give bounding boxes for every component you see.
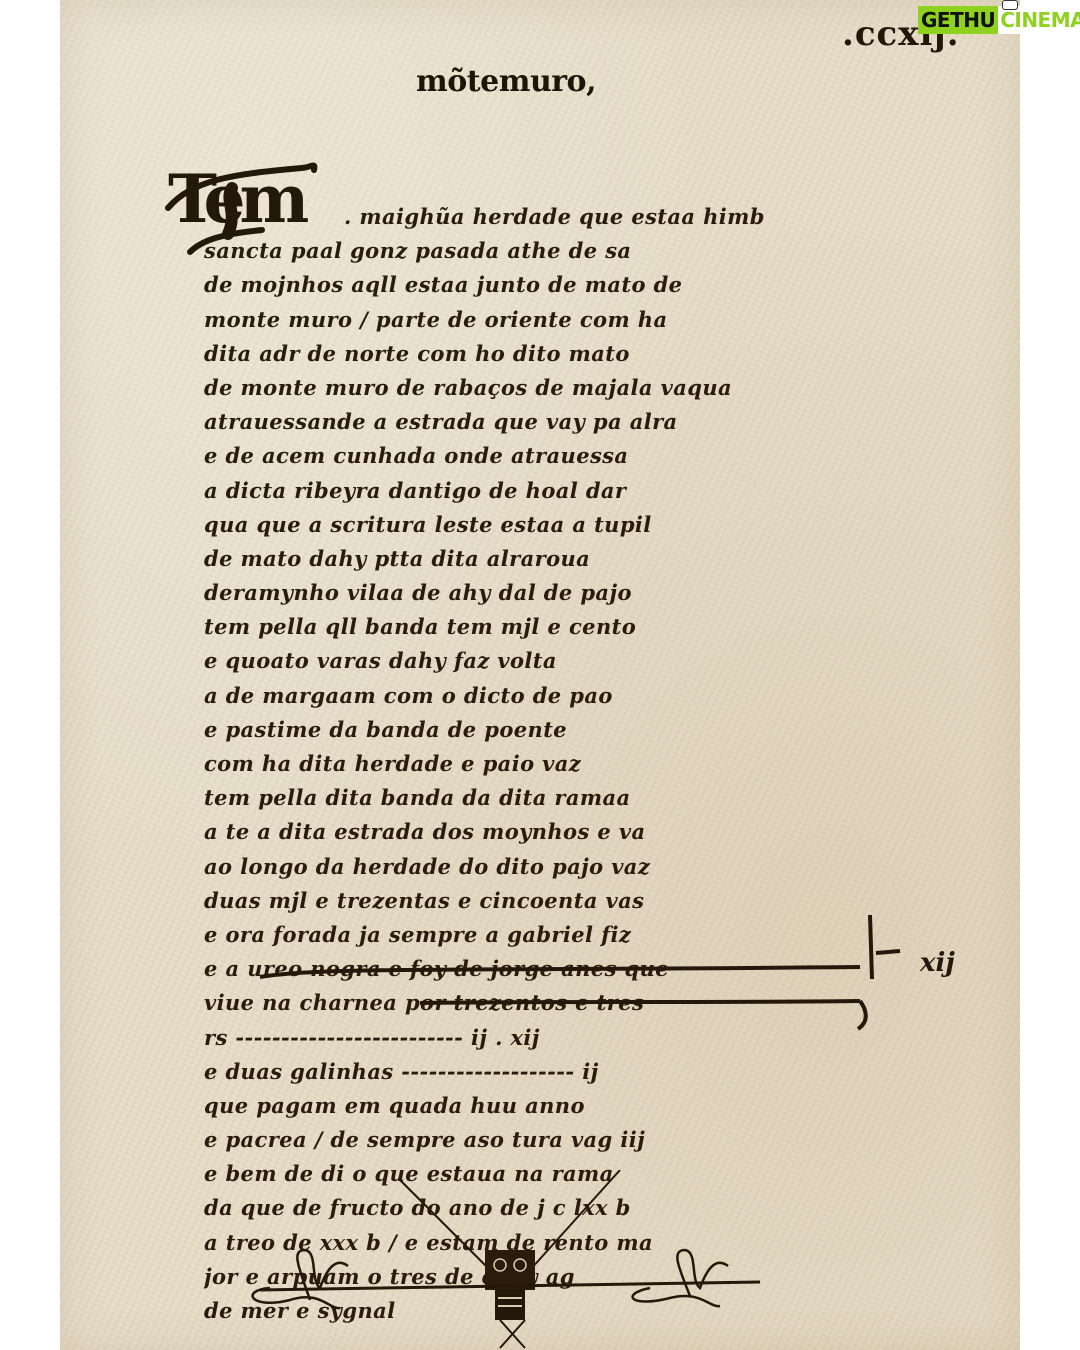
manuscript-line: qua que a scritura leste estaa a tupil (204, 508, 824, 542)
manuscript-line: de mer e sygnal (204, 1294, 824, 1328)
camera-icon (1002, 0, 1018, 10)
manuscript-line: . maighũa herdade que estaa himb (204, 200, 824, 234)
manuscript-line: e quoato varas dahy faz volta (204, 644, 824, 678)
manuscript-line: a te a dita estrada dos moynhos e va (204, 815, 824, 849)
manuscript-line: e a ureo nogra e foy de jorge anes que (204, 952, 824, 986)
manuscript-line: jor e arpuam o tres de ouey ag (204, 1260, 824, 1294)
manuscript-line: que pagam em quada huu anno (204, 1089, 824, 1123)
watermark-text-right: CINEMA (998, 6, 1080, 34)
manuscript-line: de monte muro de rabaços de majala vaqua (204, 371, 824, 405)
manuscript-line: duas mjl e trezentas e cincoenta vas (204, 884, 824, 918)
manuscript-line: e ora forada ja sempre a gabriel fiz (204, 918, 824, 952)
manuscript-line: tem pella qll banda tem mjl e cento (204, 610, 824, 644)
manuscript-line: da que de fructo do ano de j c lxx b (204, 1191, 824, 1225)
manuscript-body: . maighũa herdade que estaa himb sancta … (204, 200, 824, 1328)
manuscript-line: viue na charnea por trezentos e tres (204, 986, 824, 1020)
manuscript-line: deramynho vilaa de ahy dal de pajo (204, 576, 824, 610)
page-stage: .ccxij. mõtemuro, Tem . maighũa herdade … (0, 0, 1080, 1350)
margin-note: xij (920, 948, 955, 978)
manuscript-line: com ha dita herdade e paio vaz (204, 747, 824, 781)
watermark-logo: GETHU CINEMA (918, 6, 1080, 34)
manuscript-line: e pastime da banda de poente (204, 713, 824, 747)
watermark-text-left: GETHU (918, 6, 998, 34)
manuscript-line: e de acem cunhada onde atrauessa (204, 439, 824, 473)
manuscript-line: dita adr de norte com ho dito mato (204, 337, 824, 371)
manuscript-line: de mojnhos aqll estaa junto de mato de (204, 268, 824, 302)
manuscript-line: atrauessande a estrada que vay pa alra (204, 405, 824, 439)
manuscript-line: monte muro / parte de oriente com ha (204, 303, 824, 337)
manuscript-line: sancta paal gonz pasada athe de sa (204, 234, 824, 268)
manuscript-line: e bem de di o que estaua na rama (204, 1157, 824, 1191)
manuscript-line: e pacrea / de sempre aso tura vag iij (204, 1123, 824, 1157)
page-heading: mõtemuro, (416, 64, 596, 99)
manuscript-line: a treo de xxx b / e estam de rento ma (204, 1226, 824, 1260)
manuscript-line: ao longo da herdade do dito pajo vaz (204, 850, 824, 884)
manuscript-line: de mato dahy ptta dita alraroua (204, 542, 824, 576)
manuscript-line: a de margaam com o dicto de pao (204, 679, 824, 713)
manuscript-line: tem pella dita banda da dita ramaa (204, 781, 824, 815)
manuscript-line: rs ------------------------- ij . xij (204, 1021, 824, 1055)
manuscript-line: e duas galinhas ------------------- ij (204, 1055, 824, 1089)
manuscript-line: a dicta ribeyra dantigo de hoal dar (204, 474, 824, 508)
